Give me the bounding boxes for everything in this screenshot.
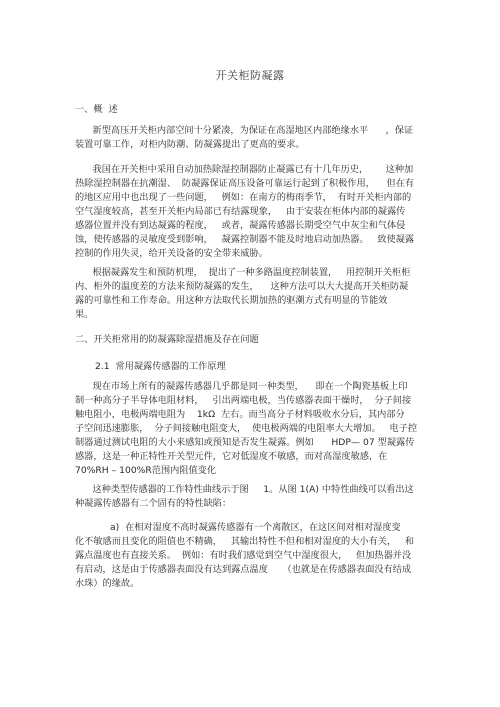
paragraph-line: 这种类型传感器的工作特性曲线示于图 1。从图 1(A) 中特性曲线可以看出这	[75, 483, 425, 497]
paragraph-line: 装置可靠工作，对柜内防潮、防凝露提出了更高的要求。	[75, 138, 425, 152]
section-heading-overview: 一、概 述	[75, 101, 118, 115]
paragraph-line: 制器通过测试电阻的大小来感知或预知是否发生凝露。例如 HDP— 07 型凝露传	[75, 436, 425, 450]
paragraph-line: 制一种高分子半导体电阻材料， 引出两端电极，当传感器表面干燥时， 分子间接	[75, 394, 425, 408]
subsection-heading-sensor-principle: 2.1 常用凝露传感器的工作原理	[95, 358, 226, 372]
document-page: 开关柜防凝露 一、概 述 新型高压开关柜内部空间十分紧凑，为保证在高湿地区内部绝…	[0, 0, 500, 707]
paragraph: 我国在开关柜中采用自动加热除湿控制器防止凝露已有十几年历史， 这种加 热除湿控制…	[75, 163, 425, 261]
paragraph-line: 我国在开关柜中采用自动加热除湿控制器防止凝露已有十几年历史， 这种加	[75, 163, 425, 177]
paragraph-line: 的地区应用中也出现了一些问题， 例如：在南方的梅雨季节， 有时开关柜内部的	[75, 191, 425, 205]
paragraph-line: 化不敏感而且变化的阻值也不精确， 其输出特性不但和相对湿度的大小有关， 和	[75, 535, 425, 549]
paragraph-line: 水珠）的缘故。	[75, 577, 425, 591]
paragraph-line: 有启动，这是由于传感器表面没有达到露点温度 （也就是在传感器表面没有结成	[75, 563, 425, 577]
paragraph-line: 内、柜外的温度差的方法来预防凝露的发生， 这种方法可以大大提高开关柜防凝	[75, 280, 425, 294]
paragraph-line: 感器位置并没有到达凝露的程度， 或者，凝露传感器长期受空气中灰尘和气体侵	[75, 219, 425, 233]
paragraph-line: 蚀，使传感器的灵敏度受到影响， 凝露控制器不能及时地启动加热器。 致使凝露	[75, 233, 425, 247]
paragraph-line: 控制的作用失灵，给开关设备的安全带来威胁。	[75, 247, 425, 261]
paragraph: 现在市场上所有的凝露传感器几乎都是同一种类型， 即在一个陶瓷基板上印 制一种高分…	[75, 380, 425, 478]
paragraph-line: 子空间迅速膨胀， 分子间接触电阻变大， 使电极两端的电阻率大大增加。 电子控	[75, 422, 425, 436]
paragraph-line: 新型高压开关柜内部空间十分紧凑，为保证在高湿地区内部绝缘水平 ，保证	[75, 124, 425, 138]
paragraph-line: 感器，这是一种正特性开关型元件，它对低湿度不敏感，而对高湿度敏感，在	[75, 450, 425, 464]
paragraph: a) 在相对湿度不高时凝露传感器有一个离散区，在这区间对相对湿度变 化不敏感而且…	[75, 521, 425, 591]
paragraph-line: 触电阻小，电极两端电阻为 1kΩ 左右。而当高分子材料吸收水分后，其内部分	[75, 408, 425, 422]
paragraph-line: 空气湿度较高，甚至开关柜内局部已有结露现象， 由于安装在柜体内部的凝露传	[75, 205, 425, 219]
paragraph-line: 热除湿控制器在抗潮湿、 防凝露保证高压设备可靠运行起到了积极作用， 但在有	[75, 177, 425, 191]
paragraph: 这种类型传感器的工作特性曲线示于图 1。从图 1(A) 中特性曲线可以看出这 种…	[75, 483, 425, 511]
paragraph-line: 种凝露传感器有二个固有的特性缺陷：	[75, 497, 425, 511]
paragraph-line: 露点温度也有直接关系。 例如：有时我们感觉到空气中湿度很大， 但加热器并没	[75, 549, 425, 563]
paragraph-line: a) 在相对湿度不高时凝露传感器有一个离散区，在这区间对相对湿度变	[75, 521, 425, 535]
paragraph-line: 70%RH – 100%R范围内阻值变化	[75, 464, 425, 478]
section-heading-measures: 二、开关柜常用的防凝露除湿措施及存在问题	[75, 331, 259, 345]
paragraph-line: 露的可靠性和工作寿命。用这种方法取代长期加热的驱潮方式有明显的节能效	[75, 294, 425, 308]
paragraph-line: 根据凝露发生和预防机理， 提出了一种多路温度控制装置， 用控制开关柜柜	[75, 266, 425, 280]
document-title: 开关柜防凝露	[0, 67, 500, 83]
paragraph-line: 果。	[75, 308, 425, 322]
paragraph: 根据凝露发生和预防机理， 提出了一种多路温度控制装置， 用控制开关柜柜 内、柜外…	[75, 266, 425, 322]
paragraph-line: 现在市场上所有的凝露传感器几乎都是同一种类型， 即在一个陶瓷基板上印	[75, 380, 425, 394]
paragraph: 新型高压开关柜内部空间十分紧凑，为保证在高湿地区内部绝缘水平 ，保证 装置可靠工…	[75, 124, 425, 152]
